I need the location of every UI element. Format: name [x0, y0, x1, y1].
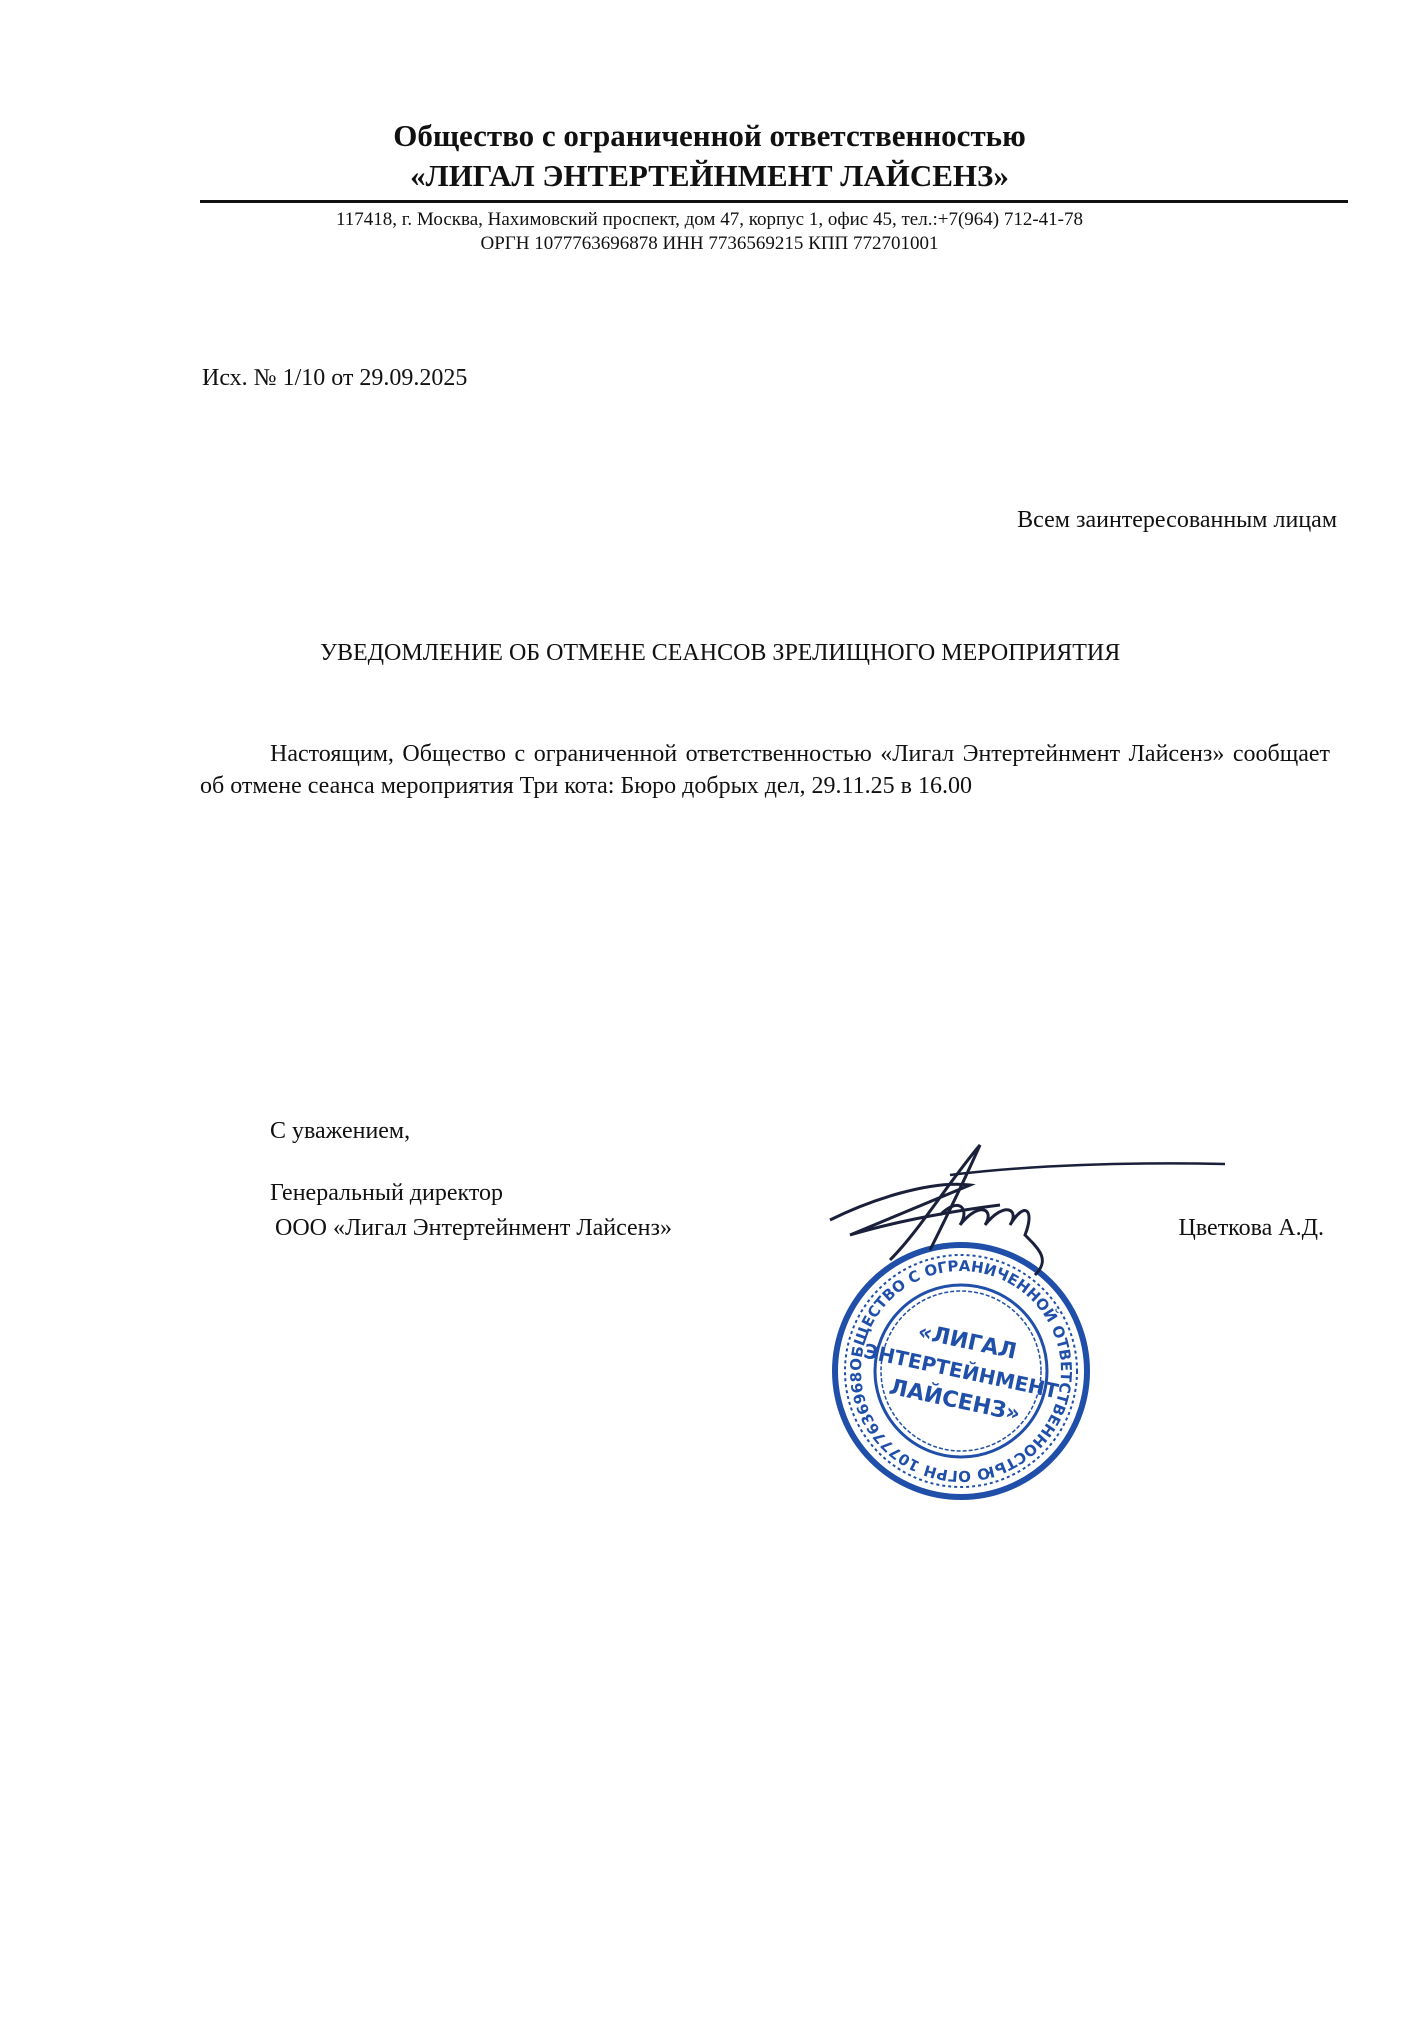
org-name-line1: Общество с ограниченной ответственностью	[0, 118, 1419, 154]
addressee: Всем заинтересованным лицам	[1017, 507, 1337, 534]
org-name-line2: «ЛИГАЛ ЭНТЕРТЕЙНМЕНТ ЛАЙСЕНЗ»	[0, 158, 1419, 194]
outgoing-reference: Исх. № 1/10 от 29.09.2025	[202, 365, 467, 392]
signatory-position: Генеральный директор	[270, 1180, 503, 1207]
signature-icon	[810, 1140, 1230, 1280]
notice-body: Настоящим, Общество с ограниченной ответ…	[200, 738, 1330, 802]
org-registration: ОРГН 1077763696878 ИНН 7736569215 КПП 77…	[0, 233, 1419, 255]
document-title: УВЕДОМЛЕНИЕ ОБ ОТМЕНЕ СЕАНСОВ ЗРЕЛИЩНОГО…	[320, 640, 1120, 667]
signatory-company: ООО «Лигал Энтертейнмент Лайсенз»	[275, 1215, 672, 1242]
closing-phrase: С уважением,	[270, 1118, 410, 1145]
letterhead-divider	[200, 200, 1348, 203]
org-address: 117418, г. Москва, Нахимовский проспект,…	[0, 209, 1419, 231]
